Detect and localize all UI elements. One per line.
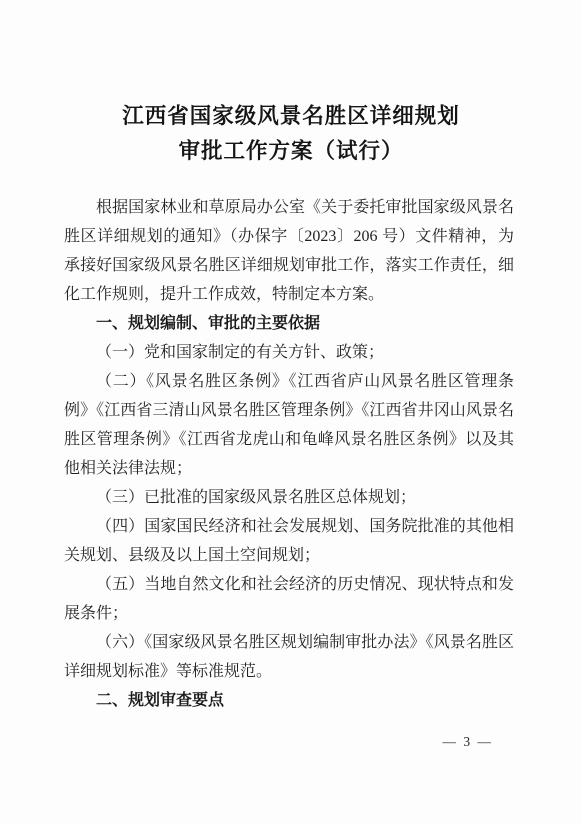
- document-title: 江西省国家级风景名胜区详细规划 审批工作方案（试行）: [0, 99, 582, 169]
- title-line-2: 审批工作方案（试行）: [0, 134, 582, 169]
- heading-section-2: 二、规划审查要点: [64, 686, 514, 715]
- document-body: 根据国家林业和草原局办公室《关于委托审批国家级风景名胜区详细规划的通知》（办保字…: [64, 193, 514, 715]
- list-item-3: （三）已批准的国家级风景名胜区总体规划；: [64, 483, 514, 512]
- paragraph-intro: 根据国家林业和草原局办公室《关于委托审批国家级风景名胜区详细规划的通知》（办保字…: [64, 193, 514, 309]
- list-item-2: （二）《风景名胜区条例》《江西省庐山风景名胜区管理条例》《江西省三清山风景名胜区…: [64, 367, 514, 483]
- list-item-5: （五）当地自然文化和社会经济的历史情况、现状特点和发展条件；: [64, 570, 514, 628]
- document-page: 江西省国家级风景名胜区详细规划 审批工作方案（试行） 根据国家林业和草原局办公室…: [0, 0, 582, 823]
- list-item-1: （一）党和国家制定的有关方针、政策；: [64, 338, 514, 367]
- list-item-4: （四）国家国民经济和社会发展规划、国务院批准的其他相关规划、县级及以上国土空间规…: [64, 512, 514, 570]
- title-line-1: 江西省国家级风景名胜区详细规划: [0, 99, 582, 134]
- heading-section-1: 一、规划编制、审批的主要依据: [64, 309, 514, 338]
- page-number: — 3 —: [443, 734, 494, 750]
- list-item-6: （六）《国家级风景名胜区规划编制审批办法》《风景名胜区详细规划标准》等标准规范。: [64, 628, 514, 686]
